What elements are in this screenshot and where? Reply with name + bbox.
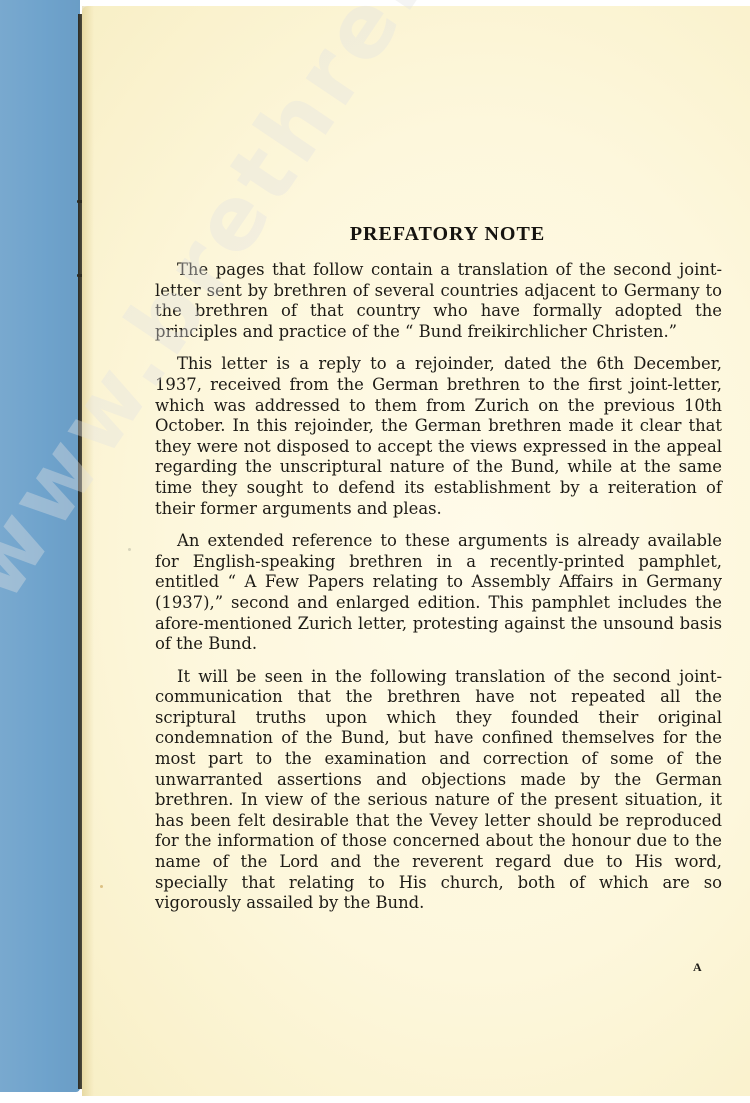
- paper-speck: [128, 548, 131, 551]
- page-gutter-shadow: [82, 6, 94, 1096]
- signature-mark: A: [693, 960, 702, 975]
- blue-cover-strip: [0, 0, 80, 1092]
- scanned-page: PREFATORY NOTE The pages that follow con…: [0, 0, 750, 1103]
- document-body: PREFATORY NOTE The pages that follow con…: [155, 222, 722, 926]
- paragraph-2: This letter is a reply to a rejoinder, d…: [155, 354, 722, 519]
- paragraph-3: An extended reference to these arguments…: [155, 531, 722, 655]
- page-title: PREFATORY NOTE: [155, 222, 722, 246]
- paragraph-4: It will be seen in the following transla…: [155, 667, 722, 914]
- paper-speck: [100, 885, 103, 888]
- paragraph-1: The pages that follow contain a translat…: [155, 260, 722, 342]
